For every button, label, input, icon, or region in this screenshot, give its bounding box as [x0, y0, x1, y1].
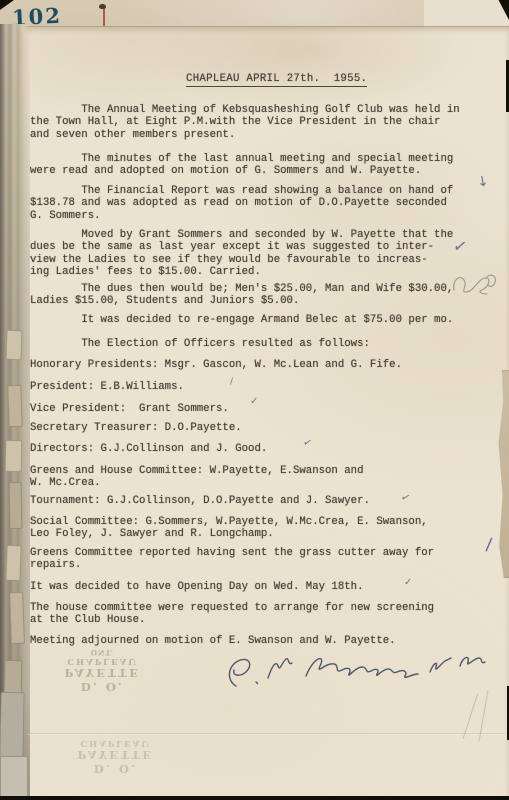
stamp-town-line: CHAPLEAU — [40, 656, 165, 666]
meeting-title: CHAPLEAU APRIL 27th. 1955. — [186, 73, 367, 87]
paper-stub — [5, 545, 21, 582]
line-social-committee: Social Committee: G.Sommers, W.Payette, … — [30, 516, 500, 541]
para-belec-engagement: It was decided to re-engage Armand Belec… — [30, 314, 500, 326]
scanned-minutes-page: { "ledger": { "page_number": "102" }, "d… — [0, 0, 509, 800]
paper-stub — [5, 440, 23, 472]
para-screening: The house committee were requested to ar… — [30, 602, 500, 627]
para-annual-meeting: The Annual Meeting of Kebsquasheshing Go… — [30, 104, 500, 141]
horizontal-crease — [28, 733, 509, 735]
para-dues-schedule: The dues then would be; Men's $25.00, Ma… — [30, 283, 500, 308]
paper-stub — [5, 330, 22, 361]
line-greens-house-committee: Greens and House Committee: W.Payette, E… — [30, 465, 500, 490]
line-vice-president: Vice President: Grant Sommers. — [30, 403, 500, 415]
stamp-town-line: CHAPLEAU — [58, 738, 173, 748]
ledger-margin-rule — [103, 6, 105, 27]
paper-stub — [9, 592, 25, 644]
stamp-name-line: D. O. PAYETTE — [58, 748, 173, 776]
line-directors: Directors: G.J.Collinson and J. Good. — [30, 443, 500, 455]
paper-stub — [9, 482, 23, 529]
para-financial-report: The Financial Report was read showing a … — [30, 185, 500, 222]
bleedthrough-stamp: D. O. PAYETTE CHAPLEAU ONT. — [40, 648, 165, 694]
ledger-margin-rule-dot — [99, 4, 106, 9]
checkmark-icon: ✓ — [250, 396, 258, 407]
margin-arrow-icon: ↓ — [476, 173, 490, 191]
stamp-prov-line: ONT. — [40, 648, 165, 656]
para-dues-motion: Moved by Grant Sommers and seconded by W… — [30, 229, 500, 278]
para-minutes-adopted: The minutes of the last annual meeting a… — [30, 153, 500, 178]
scan-edge — [0, 796, 509, 800]
binding-tape — [0, 692, 25, 760]
para-grass-cutter: Greens Committee reported having sent th… — [30, 547, 500, 572]
pencil-scribble — [450, 268, 502, 303]
ledger-top-edge — [424, 0, 509, 27]
handwritten-signature — [222, 646, 487, 703]
line-president: President: E.B.Williams. — [30, 381, 500, 393]
binding-tape — [0, 756, 28, 800]
stamp-name-line: D. O. PAYETTE — [40, 666, 165, 694]
para-election-heading: The Election of Officers resulted as fol… — [30, 338, 500, 350]
line-secretary-treasurer: Secretary Treasurer: D.O.Payette. — [30, 422, 500, 434]
line-honorary-presidents: Honorary Presidents: Msgr. Gascon, W. Mc… — [30, 359, 500, 371]
checkmark-icon: ✓ — [404, 577, 412, 588]
para-opening-day: It was decided to have Opening Day on We… — [30, 581, 500, 593]
line-tournament-committee: Tournament: G.J.Collinson, D.O.Payette a… — [30, 495, 500, 507]
tick-mark-icon: / — [230, 377, 233, 387]
bleedthrough-stamp: D. O. PAYETTE CHAPLEAU — [58, 738, 173, 776]
paper-stub — [7, 385, 22, 427]
